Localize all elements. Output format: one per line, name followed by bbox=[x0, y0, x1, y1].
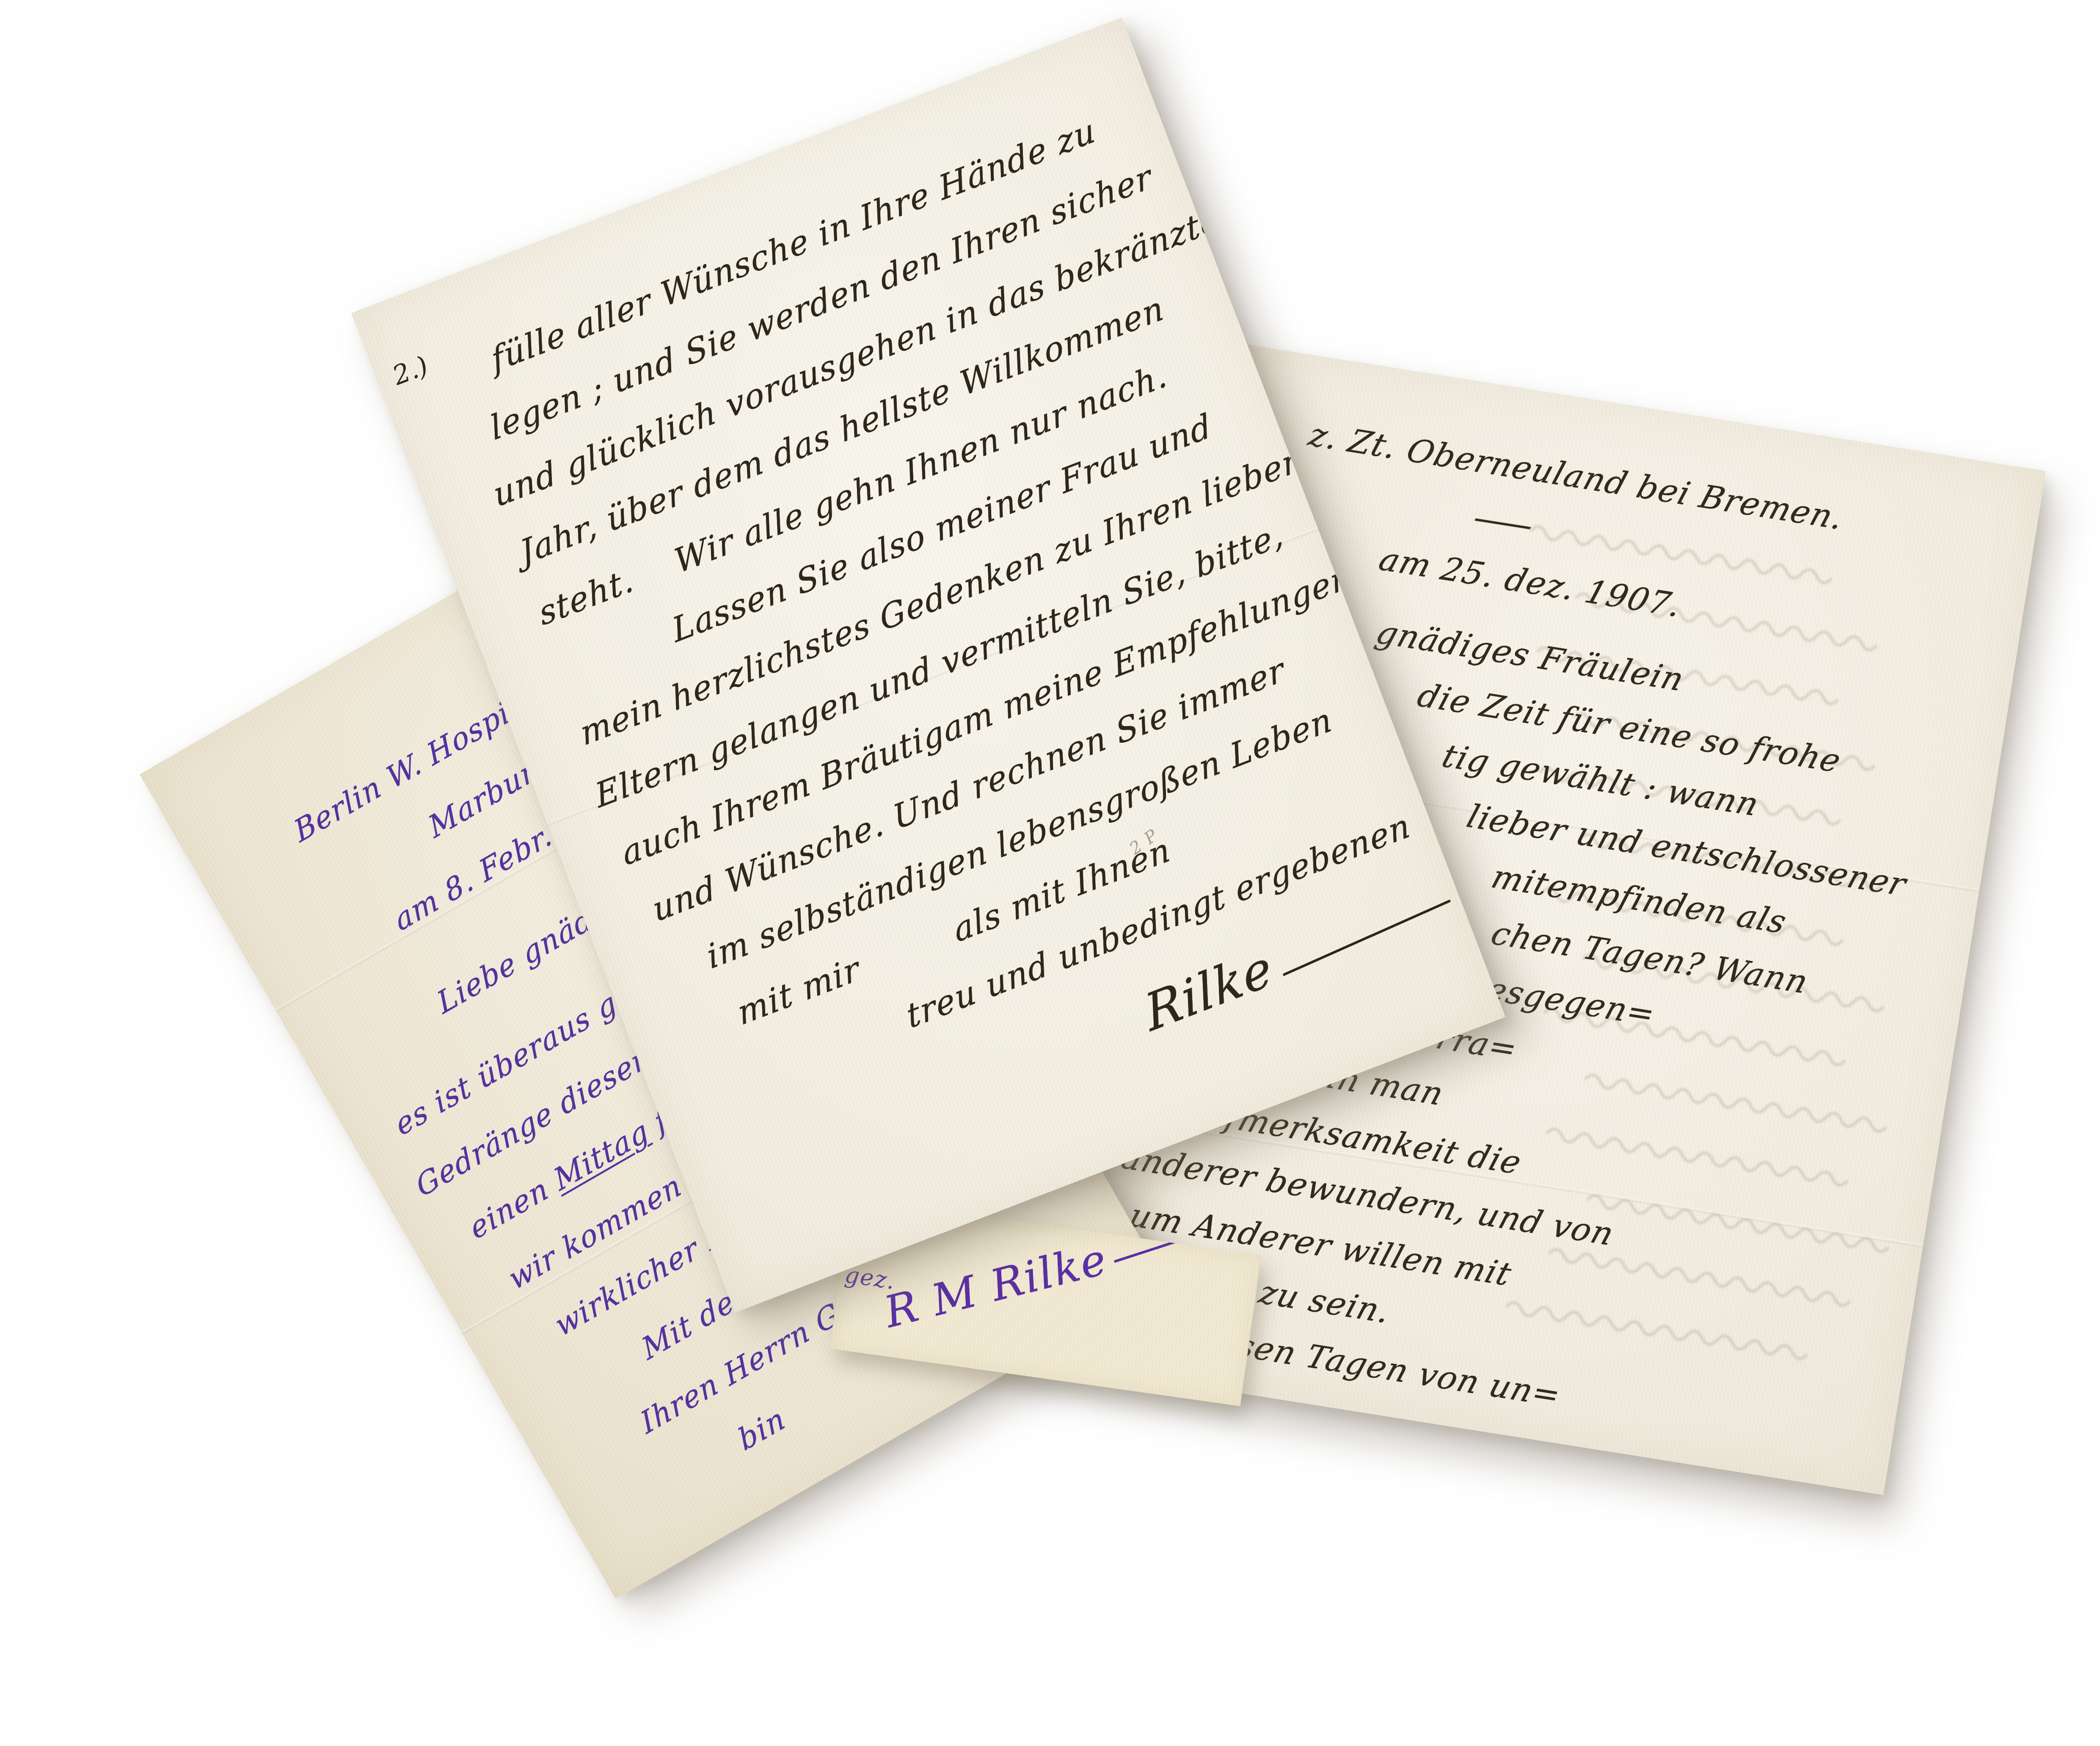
photograph-of-letters: z. Zt. Oberneuland bei Bremen.—am 25. de… bbox=[0, 0, 2100, 1746]
